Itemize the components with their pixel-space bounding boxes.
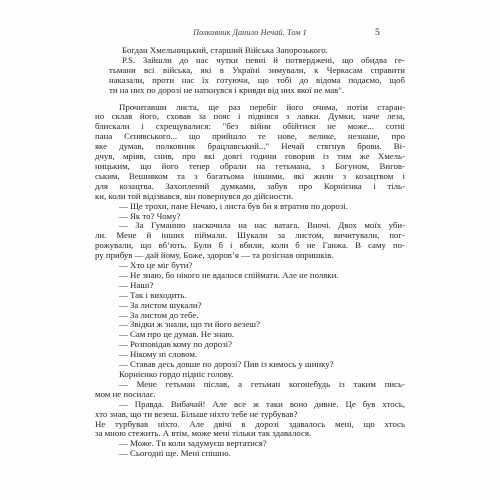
text-line: — Сьогодні ще. Мені спішно. [95,449,405,459]
page-number: 5 [375,28,380,38]
page-text-block: Богдан Хмельницький, старший Війська Зап… [95,46,405,459]
running-title: Полковник Данило Нечай. Том 1 [0,28,500,38]
text-line: — Ще трохи, пане Нечаю, і листа був би я… [95,202,405,212]
page-header: Полковник Данило Нечай. Том 1 5 [0,28,500,42]
text-line: ти на них по дорозі не наткнувся і кривд… [109,86,405,96]
book-page: Полковник Данило Нечай. Том 1 5 Богдан Х… [0,0,500,500]
